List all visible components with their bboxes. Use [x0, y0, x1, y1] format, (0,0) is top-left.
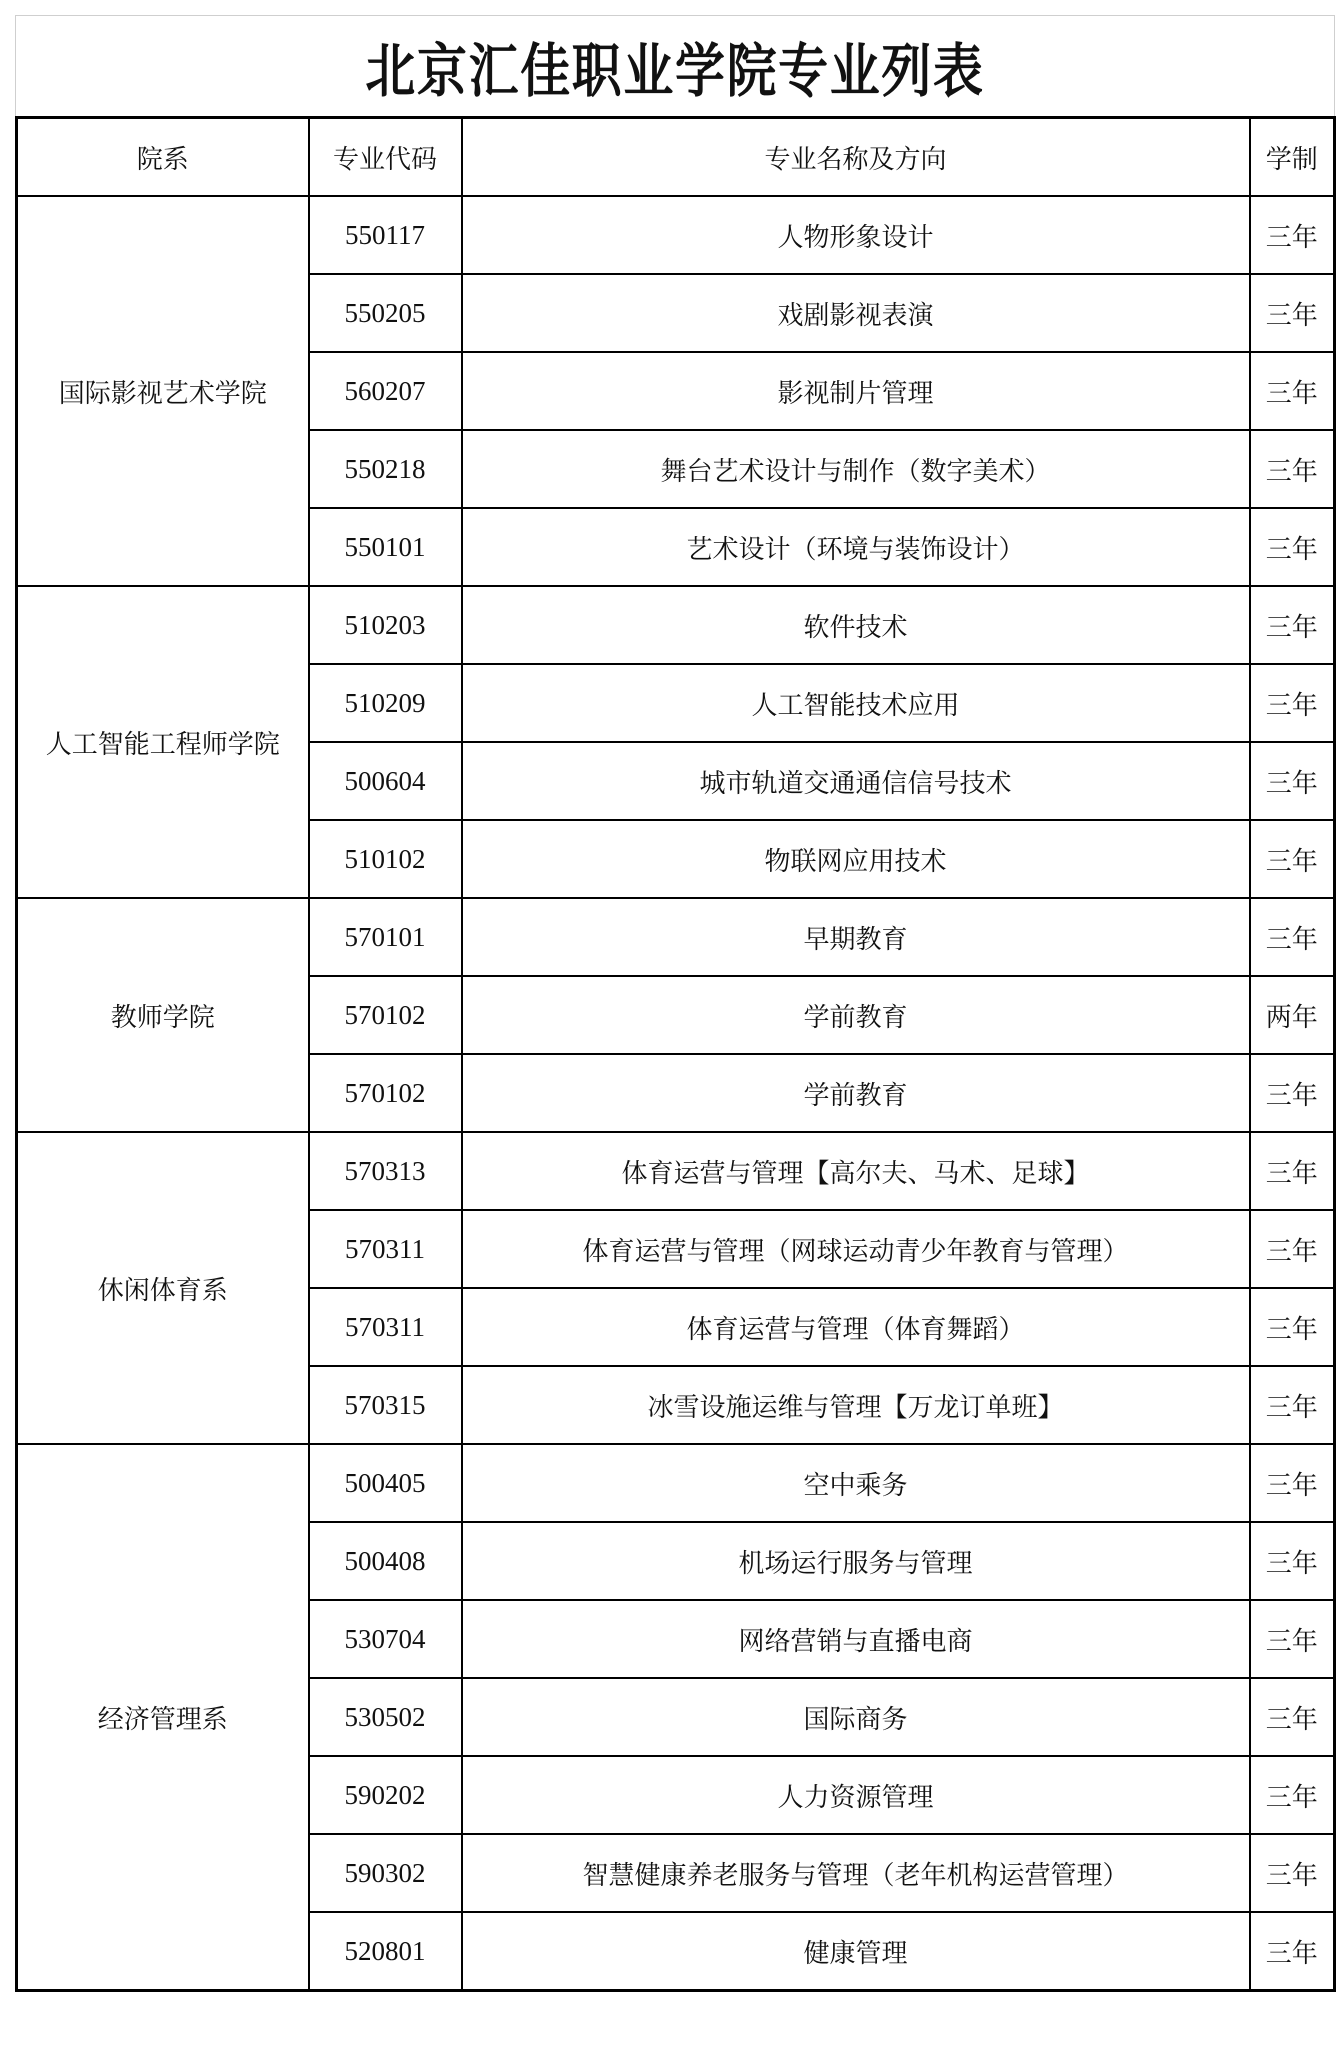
major-name-cell: 城市轨道交通通信信号技术: [462, 742, 1250, 820]
major-name-cell: 物联网应用技术: [462, 820, 1250, 898]
duration-cell: 三年: [1250, 1912, 1335, 1991]
major-name-cell: 国际商务: [462, 1678, 1250, 1756]
major-name-cell: 软件技术: [462, 586, 1250, 664]
major-name-cell: 艺术设计（环境与装饰设计）: [462, 508, 1250, 586]
document-sheet: 北京汇佳职业学院专业列表 院系 专业代码 专业名称及方向 学制 国际影视艺术学院…: [15, 15, 1335, 1992]
code-cell: 510209: [309, 664, 462, 742]
duration-cell: 三年: [1250, 1444, 1335, 1522]
major-name-cell: 人物形象设计: [462, 196, 1250, 274]
major-name-cell: 体育运营与管理（网球运动青少年教育与管理）: [462, 1210, 1250, 1288]
table-row: 人工智能工程师学院510203软件技术三年: [17, 586, 1335, 664]
duration-cell: 三年: [1250, 586, 1335, 664]
majors-table: 院系 专业代码 专业名称及方向 学制 国际影视艺术学院550117人物形象设计三…: [15, 116, 1336, 1992]
major-name-cell: 影视制片管理: [462, 352, 1250, 430]
code-cell: 510102: [309, 820, 462, 898]
code-cell: 500408: [309, 1522, 462, 1600]
major-name-cell: 戏剧影视表演: [462, 274, 1250, 352]
major-name-cell: 空中乘务: [462, 1444, 1250, 1522]
major-name-cell: 体育运营与管理（体育舞蹈）: [462, 1288, 1250, 1366]
duration-cell: 三年: [1250, 1756, 1335, 1834]
code-cell: 570102: [309, 976, 462, 1054]
duration-cell: 三年: [1250, 1210, 1335, 1288]
code-cell: 570102: [309, 1054, 462, 1132]
title-cell: 北京汇佳职业学院专业列表: [15, 15, 1335, 116]
header-department: 院系: [17, 118, 309, 197]
duration-cell: 三年: [1250, 820, 1335, 898]
major-name-cell: 早期教育: [462, 898, 1250, 976]
table-row: 经济管理系500405空中乘务三年: [17, 1444, 1335, 1522]
department-cell: 教师学院: [17, 898, 309, 1132]
header-code: 专业代码: [309, 118, 462, 197]
code-cell: 550101: [309, 508, 462, 586]
duration-cell: 三年: [1250, 1678, 1335, 1756]
duration-cell: 三年: [1250, 274, 1335, 352]
code-cell: 550205: [309, 274, 462, 352]
major-name-cell: 舞台艺术设计与制作（数字美术）: [462, 430, 1250, 508]
duration-cell: 三年: [1250, 196, 1335, 274]
duration-cell: 三年: [1250, 1522, 1335, 1600]
department-cell: 经济管理系: [17, 1444, 309, 1991]
duration-cell: 三年: [1250, 508, 1335, 586]
duration-cell: 三年: [1250, 742, 1335, 820]
code-cell: 550218: [309, 430, 462, 508]
major-name-cell: 冰雪设施运维与管理【万龙订单班】: [462, 1366, 1250, 1444]
code-cell: 570311: [309, 1210, 462, 1288]
duration-cell: 三年: [1250, 430, 1335, 508]
major-name-cell: 网络营销与直播电商: [462, 1600, 1250, 1678]
header-duration: 学制: [1250, 118, 1335, 197]
duration-cell: 三年: [1250, 352, 1335, 430]
code-cell: 590202: [309, 1756, 462, 1834]
code-cell: 560207: [309, 352, 462, 430]
code-cell: 530704: [309, 1600, 462, 1678]
department-cell: 人工智能工程师学院: [17, 586, 309, 898]
code-cell: 570311: [309, 1288, 462, 1366]
code-cell: 500604: [309, 742, 462, 820]
duration-cell: 三年: [1250, 1054, 1335, 1132]
code-cell: 510203: [309, 586, 462, 664]
code-cell: 550117: [309, 196, 462, 274]
header-name: 专业名称及方向: [462, 118, 1250, 197]
header-row: 院系 专业代码 专业名称及方向 学制: [17, 118, 1335, 197]
duration-cell: 三年: [1250, 898, 1335, 976]
code-cell: 520801: [309, 1912, 462, 1991]
major-name-cell: 健康管理: [462, 1912, 1250, 1991]
page-title: 北京汇佳职业学院专业列表: [365, 24, 984, 108]
department-cell: 国际影视艺术学院: [17, 196, 309, 586]
major-name-cell: 学前教育: [462, 976, 1250, 1054]
code-cell: 530502: [309, 1678, 462, 1756]
code-cell: 590302: [309, 1834, 462, 1912]
major-name-cell: 机场运行服务与管理: [462, 1522, 1250, 1600]
code-cell: 570313: [309, 1132, 462, 1210]
major-name-cell: 学前教育: [462, 1054, 1250, 1132]
code-cell: 570315: [309, 1366, 462, 1444]
code-cell: 500405: [309, 1444, 462, 1522]
table-row: 教师学院570101早期教育三年: [17, 898, 1335, 976]
duration-cell: 两年: [1250, 976, 1335, 1054]
duration-cell: 三年: [1250, 664, 1335, 742]
table-body: 国际影视艺术学院550117人物形象设计三年550205戏剧影视表演三年5602…: [17, 196, 1335, 1991]
major-name-cell: 智慧健康养老服务与管理（老年机构运营管理）: [462, 1834, 1250, 1912]
duration-cell: 三年: [1250, 1366, 1335, 1444]
major-name-cell: 人工智能技术应用: [462, 664, 1250, 742]
table-row: 国际影视艺术学院550117人物形象设计三年: [17, 196, 1335, 274]
table-row: 休闲体育系570313体育运营与管理【高尔夫、马术、足球】三年: [17, 1132, 1335, 1210]
code-cell: 570101: [309, 898, 462, 976]
duration-cell: 三年: [1250, 1834, 1335, 1912]
duration-cell: 三年: [1250, 1288, 1335, 1366]
major-name-cell: 体育运营与管理【高尔夫、马术、足球】: [462, 1132, 1250, 1210]
major-name-cell: 人力资源管理: [462, 1756, 1250, 1834]
department-cell: 休闲体育系: [17, 1132, 309, 1444]
duration-cell: 三年: [1250, 1600, 1335, 1678]
duration-cell: 三年: [1250, 1132, 1335, 1210]
